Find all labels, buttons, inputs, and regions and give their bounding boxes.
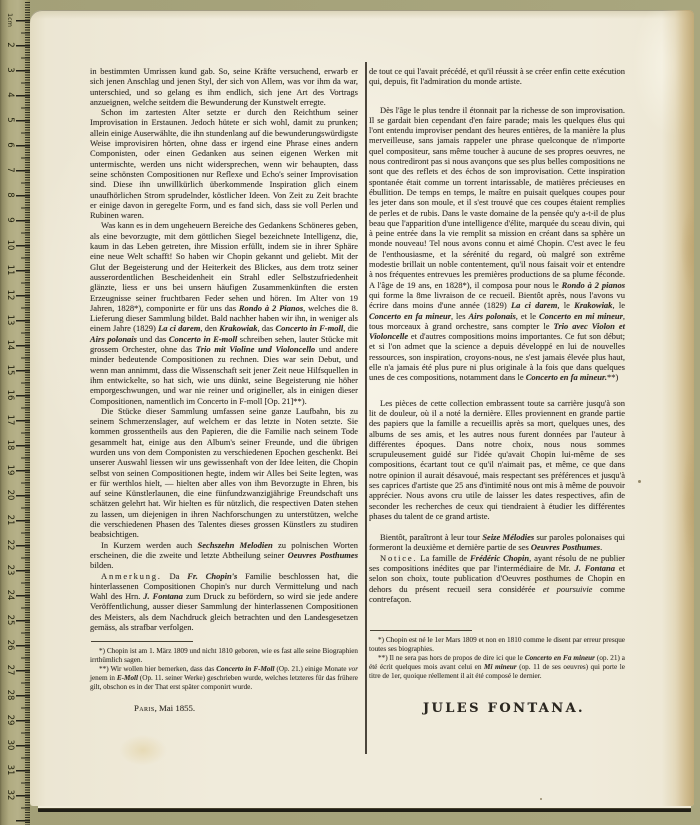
ruler-label: 17 [2, 411, 18, 429]
document-page: in bestimmten Umrissen kund gab. So, sei… [30, 10, 694, 806]
french-paragraph: de tout ce qui l'avait précédé, et qu'il… [369, 66, 625, 87]
german-footnote: *) Chopin ist am 1. März 1809 und nicht … [90, 647, 358, 665]
column-divider [365, 62, 367, 754]
french-paragraph: Les pièces de cette collection embrassen… [369, 398, 625, 522]
german-column: in bestimmten Umrissen kund gab. So, sei… [90, 66, 358, 713]
ruler-label: 6 [2, 136, 18, 154]
ruler-label: 10 [2, 236, 18, 254]
french-footnote-rule [370, 630, 472, 631]
ruler-label: 1cm [2, 11, 18, 29]
signature: JULES FONTANA. [369, 701, 585, 716]
ruler-label: 26 [2, 636, 18, 654]
ruler-label: 25 [2, 611, 18, 629]
ruler-label: 3 [2, 61, 18, 79]
ruler: 1cm2345678910111213141516171819202122232… [0, 0, 30, 825]
ruler-label: 30 [2, 736, 18, 754]
french-column: de tout ce qui l'avait précédé, et qu'il… [369, 66, 625, 716]
ruler-label: 27 [2, 661, 18, 679]
ruler-label: 32 [2, 786, 18, 804]
ruler-label: 8 [2, 186, 18, 204]
ruler-ticks-cm [16, 20, 30, 825]
german-footnote-rule [91, 641, 193, 642]
german-paragraph: Schon im zartesten Alter setzte er durch… [90, 107, 358, 220]
ruler-label: 7 [2, 161, 18, 179]
ruler-label: 14 [2, 336, 18, 354]
paper-speck [540, 798, 542, 800]
ruler-label: 13 [2, 311, 18, 329]
ruler-label: 18 [2, 436, 18, 454]
ruler-label: 12 [2, 286, 18, 304]
paper-speck [638, 480, 641, 483]
german-paragraph: in bestimmten Umrissen kund gab. So, sei… [90, 66, 358, 107]
french-footnote: **) Il ne sera pas hors de propos de dir… [369, 654, 625, 681]
ruler-label: 9 [2, 211, 18, 229]
french-footnote: *) Chopin est né le 1er Mars 1809 et non… [369, 636, 625, 654]
german-paragraphs: in bestimmten Umrissen kund gab. So, sei… [90, 66, 358, 632]
ruler-label: 5 [2, 111, 18, 129]
ruler-label: 22 [2, 536, 18, 554]
french-paragraph: Dès l'âge le plus tendre il étonnait par… [369, 105, 625, 383]
french-paragraph: Bientôt, paraîtront à leur tour Seize Mé… [369, 532, 625, 553]
ruler-label: 21 [2, 511, 18, 529]
french-paragraph: Notice. La famille de Frédéric Chopin, a… [369, 553, 625, 604]
ruler-label: 31 [2, 761, 18, 779]
dateline: Paris, Mai 1855. [134, 703, 358, 713]
ruler-label: 11 [2, 261, 18, 279]
french-footnotes: *) Chopin est né le 1er Mars 1809 et non… [369, 636, 625, 681]
german-paragraph: In Kurzem werden auch Sechszehn Melodien… [90, 540, 358, 571]
german-footnotes: *) Chopin ist am 1. März 1809 und nicht … [90, 647, 358, 692]
ruler-label: 15 [2, 361, 18, 379]
ruler-label: 4 [2, 86, 18, 104]
ruler-label: 2 [2, 36, 18, 54]
page-right-edge [662, 10, 694, 806]
french-paragraphs: de tout ce qui l'avait précédé, et qu'il… [369, 66, 625, 604]
ruler-label: 24 [2, 586, 18, 604]
german-footnote: **) Wir wollen hier bemerken, dass das C… [90, 665, 358, 692]
ruler-label: 20 [2, 486, 18, 504]
german-paragraph: Was kann es in dem ungeheuern Bereiche d… [90, 220, 358, 405]
german-paragraph: Die Stücke dieser Sammlung umfassen sein… [90, 406, 358, 540]
german-paragraph: Anmerkung. Da Fr. Chopin's Familie besch… [90, 571, 358, 633]
ruler-label: 29 [2, 711, 18, 729]
ruler-label: 16 [2, 386, 18, 404]
ruler-label: 28 [2, 686, 18, 704]
ruler-label: 23 [2, 561, 18, 579]
ruler-label: 19 [2, 461, 18, 479]
scan-background: 1cm2345678910111213141516171819202122232… [0, 0, 700, 825]
